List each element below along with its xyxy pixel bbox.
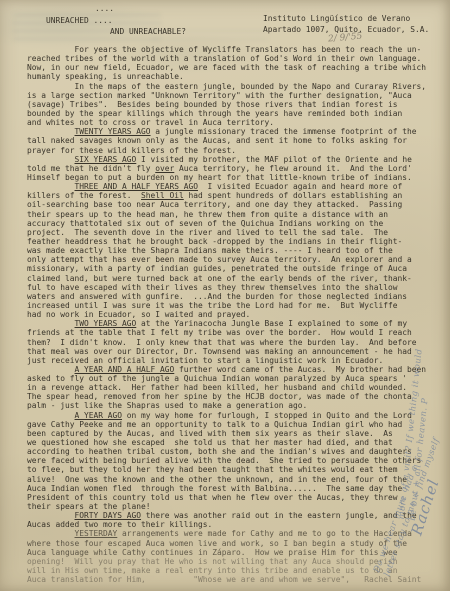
body-line: their spears up to the head man, he thre… xyxy=(27,210,445,219)
body-line: reached tribes of the world with a trans… xyxy=(27,54,445,63)
body-line: them? I didn't know. I only knew that th… xyxy=(27,338,445,347)
body-line: Himself began to put a burden on my hear… xyxy=(27,173,445,182)
letter-title: UNREACHED .... xyxy=(46,16,113,25)
body-line: THREE AND A HALF YEARS AGO I visited Ecu… xyxy=(27,182,445,191)
body-line: YESTERDAY arrangements were made for Cat… xyxy=(27,529,445,538)
body-line: prayer for these wild killers of the for… xyxy=(27,146,445,155)
body-line: project. The seventh dove in the river a… xyxy=(27,228,445,237)
body-line: in a revenge attack. Her father had been… xyxy=(27,383,445,392)
body-line: oil-searching base too near Auca territo… xyxy=(27,200,445,209)
body-line: is a large section marked "Unknown Terri… xyxy=(27,91,445,100)
body-line: alive! One was the known and the other t… xyxy=(27,475,445,484)
body-line: Auca translation for Him, "Whose we are … xyxy=(27,575,445,584)
body-line: waters and answered with gunfire. ...And… xyxy=(27,292,445,301)
body-line: told me that he didn't fly over Auca ter… xyxy=(27,164,445,173)
body-line: friends at the table that I felt my trib… xyxy=(27,328,445,337)
body-line: missionary, with a party of indian guide… xyxy=(27,264,445,273)
body-line: bounded by the spear killings which thro… xyxy=(27,109,445,118)
body-line: was made exactly like the Shapra Indians… xyxy=(27,246,445,255)
body-line: SIX YEARS AGO I visited my brother, the … xyxy=(27,155,445,164)
body-line: Aucas added two more to their killings. xyxy=(27,520,445,529)
body-line: increased until I was sure it was the tr… xyxy=(27,301,445,310)
body-line: President of this country told us that w… xyxy=(27,493,445,502)
body-line: accuracy thattotaled six out of seven of… xyxy=(27,219,445,228)
org-name: Instituto Lingüístico de Verano xyxy=(263,14,410,23)
body-line: TWENTY YEARS AGO a jungle missionary tra… xyxy=(27,127,445,136)
body-line: according to heathen tribal custom, both… xyxy=(27,447,445,456)
body-line: were faced with being buried alive with … xyxy=(27,456,445,465)
handwritten-date: 2/ 9/'55 xyxy=(328,32,363,45)
body-line: For years the objective of Wycliffe Tran… xyxy=(27,45,445,54)
body-line: gave Cathy Peeke and me an opportunity t… xyxy=(27,420,445,429)
body-line: tall naked savages known only as the Auc… xyxy=(27,136,445,145)
body-line: Now, in our new field, Ecuador, we are f… xyxy=(27,63,445,72)
body-line: A YEAR AND A HALF AGO further word came … xyxy=(27,365,445,374)
letter-body: For years the objective of Wycliffe Tran… xyxy=(27,45,445,584)
body-line: their spears at the plane! xyxy=(27,502,445,511)
body-line: ful to have escaped with their lives as … xyxy=(27,283,445,292)
body-line: TWO YEARS AGO at the Yarinacocha Jungle … xyxy=(27,319,445,328)
body-line: (savage) Tribes". Besides being bounded … xyxy=(27,100,445,109)
body-line: humanly speaking, is unreachable. xyxy=(27,72,445,81)
header-dots: .... xyxy=(95,4,114,13)
body-line: to flee, but they told her they had been… xyxy=(27,465,445,474)
body-line: killers of the forest. Shell Oil had spe… xyxy=(27,191,445,200)
body-line: In the maps of the eastern jungle, bound… xyxy=(27,82,445,91)
body-line: asked to fly out of the jungle a Quichua… xyxy=(27,374,445,383)
body-line: The spear head, removed from her spine b… xyxy=(27,392,445,401)
body-line: only attempt that has ever been made to … xyxy=(27,255,445,264)
body-line: we questioned how she escaped she told u… xyxy=(27,438,445,447)
body-line: feather headdress that he brought back -… xyxy=(27,237,445,246)
body-line: Auca Indian women fled through the fores… xyxy=(27,484,445,493)
body-line: just received an official invitation to … xyxy=(27,356,445,365)
letter-subtitle: AND UNREACHABLE? xyxy=(110,27,186,36)
body-line: had no work in Ecuador, so I waited and … xyxy=(27,310,445,319)
body-line: been captured by the Aucas, and lived wi… xyxy=(27,429,445,438)
body-line: that meal was over our Director, Dr. Tow… xyxy=(27,347,445,356)
body-line: and whites not to cross or travel in Auc… xyxy=(27,118,445,127)
letter-page: .... UNREACHED .... AND UNREACHABLE? Ins… xyxy=(0,0,450,591)
body-line: FORTY DAYS AGO there was another raid ou… xyxy=(27,511,445,520)
body-line: claimed land, but were turned back at on… xyxy=(27,274,445,283)
body-line: A YEAR AGO on my way home for furlough, … xyxy=(27,411,445,420)
body-line: palm - just like the Shapras used to mak… xyxy=(27,401,445,410)
